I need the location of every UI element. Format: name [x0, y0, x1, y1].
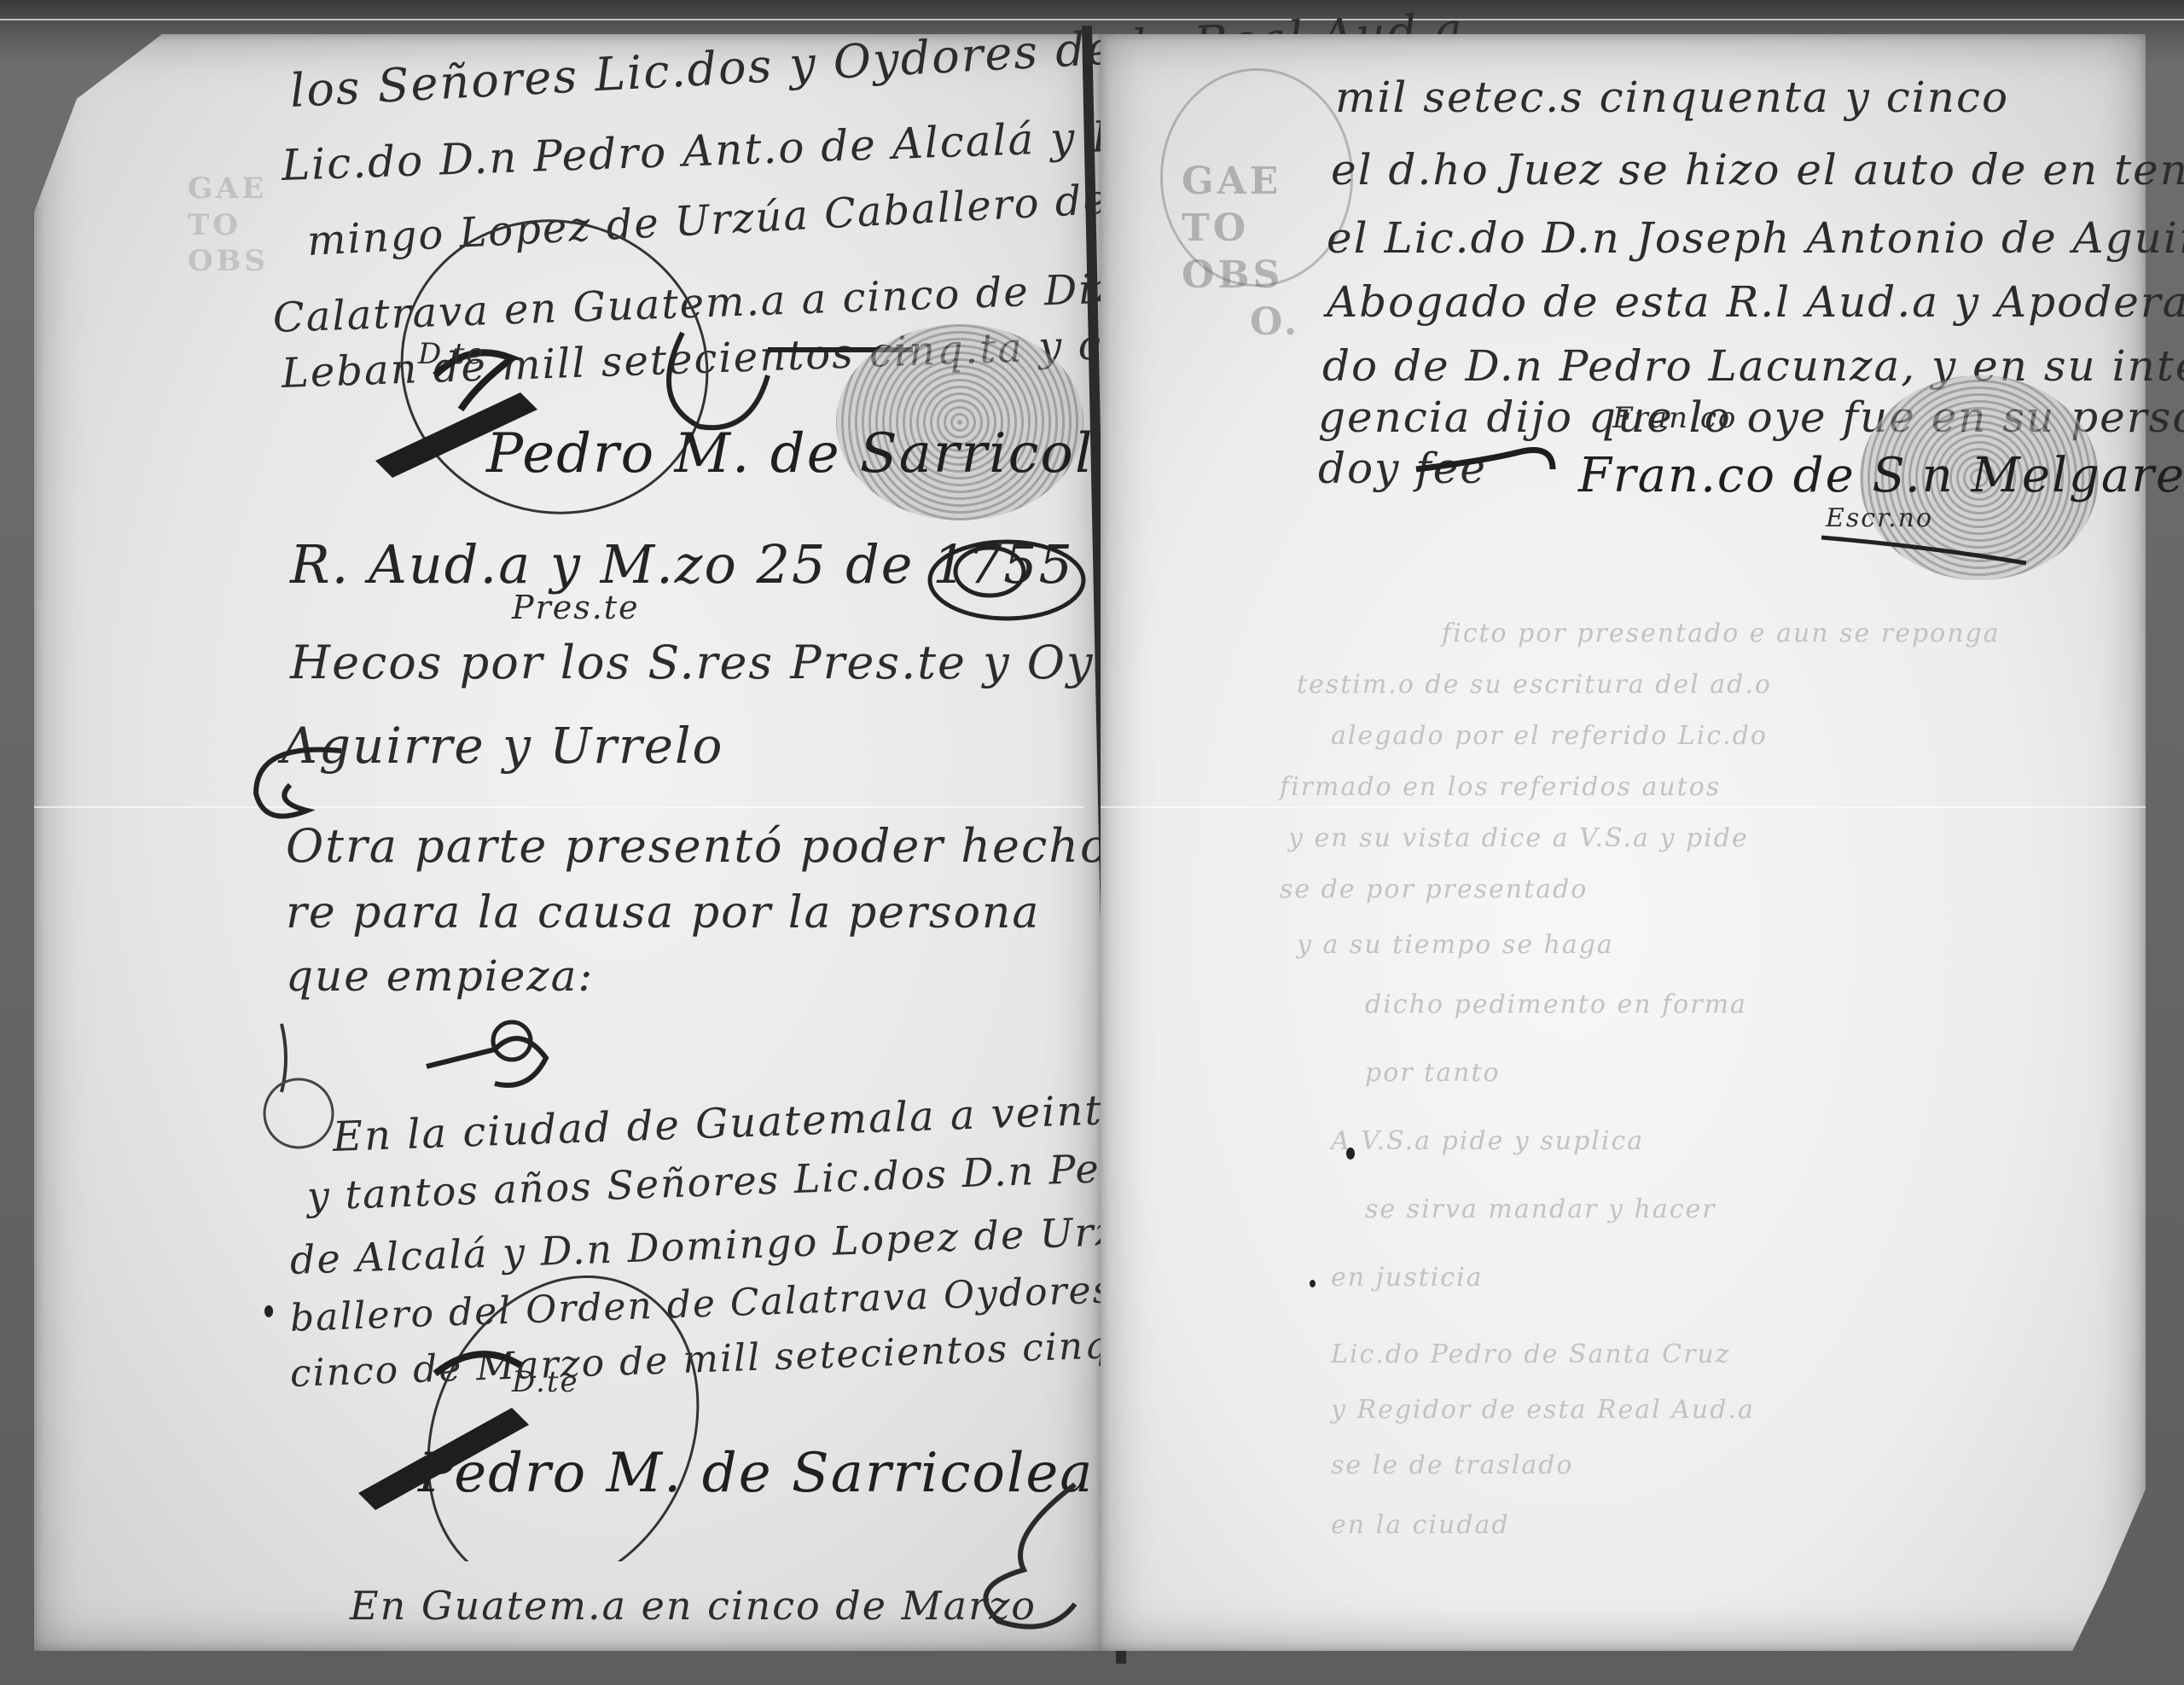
note-line: Hecos por los S.res Pres.te y Oyd.s	[290, 636, 1167, 689]
signature-name: Fran.co de S.n Melgares	[1578, 448, 2184, 503]
faded-line: dicho pedimento en forma	[1365, 990, 1747, 1020]
faded-line: A V.S.a pide y suplica	[1331, 1126, 1644, 1156]
signature-initials: Fran.co	[1612, 401, 1737, 435]
faded-line: alegado por el referido Lic.do	[1331, 721, 1768, 751]
faded-stamp-text: GAE TO OBS O.	[1182, 158, 1300, 346]
signature-initials: D.te	[418, 337, 485, 371]
text-line: el d.ho Juez se hizo el auto de en tento	[1331, 145, 2184, 195]
stamp-line: OBS	[1182, 252, 1300, 299]
faded-line: se le de traslado	[1331, 1450, 1574, 1480]
text-line: mil setec.s cinquenta y cinco	[1335, 73, 2009, 122]
faded-line: y en su vista dice a V.S.a y pide	[1288, 823, 1749, 853]
stamp-line: GAE	[188, 171, 269, 207]
faded-line: Lic.do Pedro de Santa Cruz	[1331, 1339, 1731, 1369]
note-line: Pres.te	[512, 589, 640, 626]
paragraph-line: re para la causa por la persona	[286, 887, 1040, 938]
stamp-line: OBS	[188, 243, 269, 280]
paragraph-line: que empieza:	[286, 951, 594, 1001]
fold-crease	[1101, 806, 2146, 808]
scan-artifact-line	[0, 19, 2184, 20]
stamp-line: O.	[1182, 299, 1300, 346]
ink-dot	[1346, 1148, 1355, 1159]
faded-line: por tanto	[1365, 1058, 1501, 1088]
signature-underline	[1817, 512, 2039, 572]
faded-line: y Regidor de esta Real Aud.a	[1331, 1395, 1755, 1425]
text-line: el Lic.do D.n Joseph Antonio de Aguirre	[1327, 213, 2184, 263]
faded-line: se de por presentado	[1280, 874, 1588, 904]
signature-initials: D.te	[512, 1365, 579, 1399]
ink-dot	[1310, 1280, 1316, 1287]
stamp-line: GAE	[1182, 158, 1300, 205]
paragraph-line: Otra parte presentó poder hecho	[286, 819, 1110, 873]
faded-line: firmado en los referidos autos	[1280, 772, 1721, 802]
signature-rubric-2	[324, 1237, 1092, 1561]
faded-line: en la ciudad	[1331, 1510, 1510, 1540]
faded-line: en justicia	[1331, 1263, 1484, 1293]
faded-line: ficto por presentado e aun se reponga	[1442, 619, 2001, 648]
date-flourish	[921, 512, 1092, 648]
faded-line: testim.o de su escritura del ad.o	[1297, 670, 1772, 700]
faded-line: y a su tiempo se haga	[1297, 930, 1614, 960]
fold-crease	[34, 806, 1083, 808]
signature-name: Pedro M. de Sarricolea	[486, 422, 1162, 485]
text-line: Abogado de esta R.l Aud.a y Apodera	[1327, 277, 2184, 327]
footer-line: En Guatem.a en cinco de Marzo	[350, 1583, 1037, 1629]
stamp-line: TO	[188, 207, 269, 244]
text-line: do de D.n Pedro Lacunza, y en su intelli	[1322, 341, 2184, 391]
ink-dot	[264, 1305, 273, 1317]
stamp-line: TO	[1182, 205, 1300, 252]
ghost-stamp-text: GAE TO OBS	[188, 171, 269, 280]
doy-fee-flourish	[1408, 435, 1561, 486]
initial-flourish	[239, 734, 358, 828]
faded-line: se sirva mandar y hacer	[1365, 1194, 1716, 1224]
